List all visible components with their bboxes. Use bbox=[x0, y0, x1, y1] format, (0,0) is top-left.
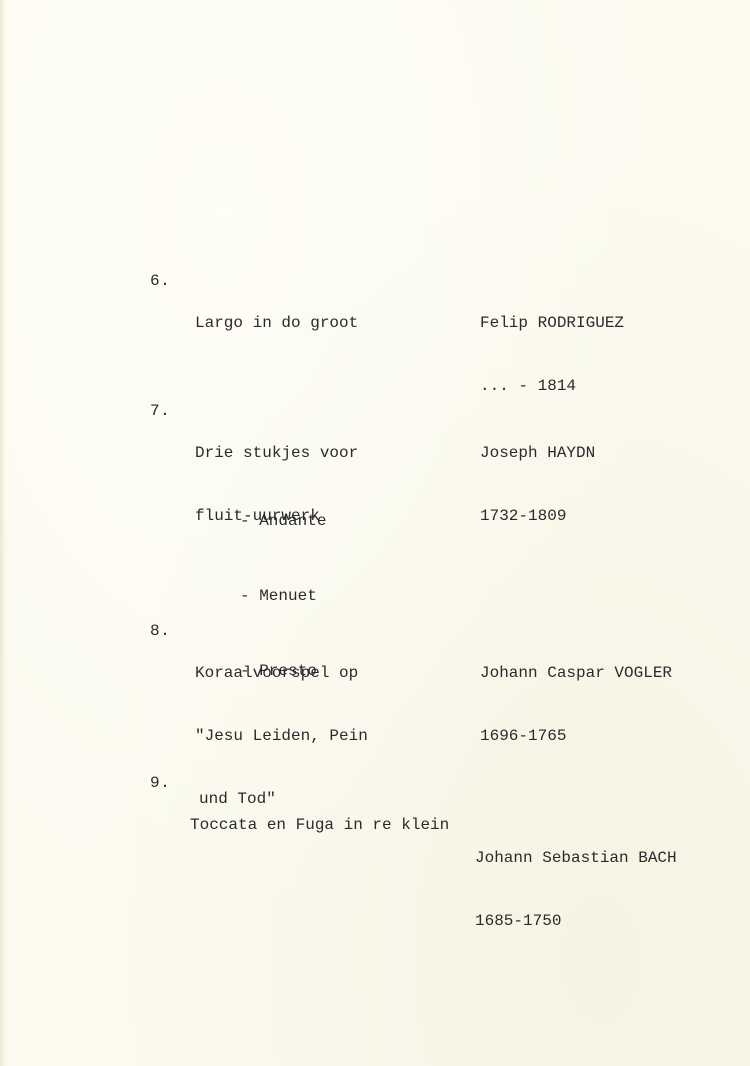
title-line: "Jesu Leiden, Pein bbox=[195, 726, 368, 747]
item-number: 8. bbox=[150, 621, 170, 642]
composer-name: Felip RODRIGUEZ bbox=[480, 313, 624, 334]
composer-dates: 1696-1765 bbox=[480, 726, 672, 747]
composer-dates: 1685-1750 bbox=[475, 911, 677, 932]
item-number: 6. bbox=[150, 271, 170, 292]
item-number: 7. bbox=[150, 401, 170, 422]
paper-edge bbox=[0, 0, 6, 1066]
title-line: Koraalvoorspel op bbox=[195, 663, 368, 684]
composer-name: Johann Sebastian BACH bbox=[475, 848, 677, 869]
composer-dates: 1732-1809 bbox=[480, 506, 595, 527]
composer-name: Joseph HAYDN bbox=[480, 443, 595, 464]
composer-block: Johann Sebastian BACH 1685-1750 bbox=[475, 806, 677, 974]
movement: - Andante bbox=[240, 511, 326, 544]
title-line: Drie stukjes voor bbox=[195, 443, 358, 464]
composer-block: Johann Caspar VOGLER 1696-1765 bbox=[480, 621, 672, 789]
item-number: 9. bbox=[150, 773, 170, 794]
composer-block: Joseph HAYDN 1732-1809 bbox=[480, 401, 595, 569]
movement: - Menuet bbox=[240, 586, 326, 619]
title-line: Largo in do groot bbox=[195, 313, 358, 334]
piece-title: Toccata en Fuga in re klein bbox=[190, 773, 449, 878]
composer-name: Johann Caspar VOGLER bbox=[480, 663, 672, 684]
piece-title: Largo in do groot bbox=[195, 271, 358, 376]
composer-dates: ... - 1814 bbox=[480, 376, 624, 397]
typewritten-page: 6. Largo in do groot Felip RODRIGUEZ ...… bbox=[0, 0, 750, 1066]
title-line: Toccata en Fuga in re klein bbox=[190, 815, 449, 836]
